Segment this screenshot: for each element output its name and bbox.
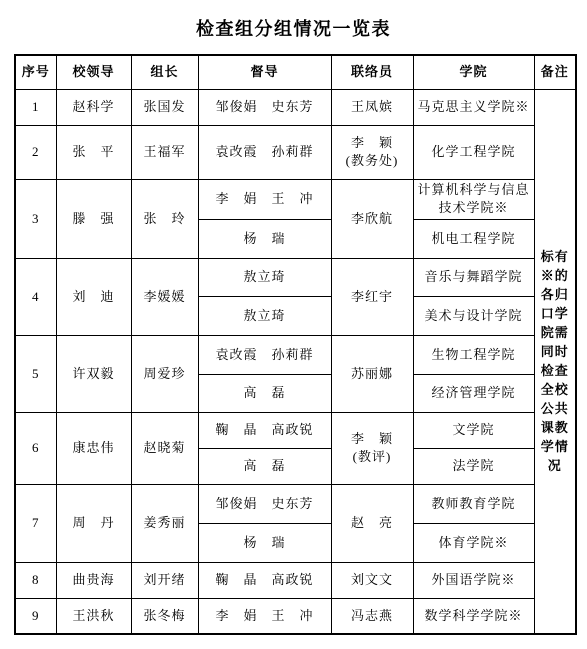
- cell-liaison: 李欣航: [331, 179, 413, 258]
- header-cell-supervisor: 督导: [198, 55, 331, 89]
- cell-group-leader: 刘开绪: [131, 562, 198, 598]
- cell-liaison: 李 颖 (教评): [331, 412, 413, 484]
- liaison-dept: (教务处): [334, 152, 411, 170]
- cell-group-leader: 李媛媛: [131, 258, 198, 335]
- table-row: 5 许双毅 周爱珍 袁改霞 孙莉群 苏丽娜 生物工程学院: [15, 335, 576, 374]
- cell-supervisor: 邹俊娟 史东芳: [198, 89, 331, 125]
- cell-no: 4: [15, 258, 56, 335]
- cell-supervisor: 鞠 晶 高政锐: [198, 562, 331, 598]
- cell-liaison: 赵 亮: [331, 484, 413, 562]
- cell-no: 3: [15, 179, 56, 258]
- cell-no: 9: [15, 598, 56, 634]
- cell-school-leader: 滕 强: [56, 179, 131, 258]
- cell-group-leader: 王福军: [131, 125, 198, 179]
- cell-supervisor: 鞠 晶 高政锐: [198, 412, 331, 448]
- header-cell-remark: 备注: [534, 55, 576, 89]
- cell-college: 计算机科学与信息技术学院※: [413, 179, 534, 219]
- cell-college: 美术与设计学院: [413, 296, 534, 335]
- cell-college: 音乐与舞蹈学院: [413, 258, 534, 296]
- cell-supervisor: 敖立琦: [198, 296, 331, 335]
- cell-supervisor: 杨 瑞: [198, 523, 331, 562]
- cell-college: 教师教育学院: [413, 484, 534, 523]
- cell-group-leader: 赵晓菊: [131, 412, 198, 484]
- cell-college: 马克思主义学院※: [413, 89, 534, 125]
- cell-supervisor: 袁改霞 孙莉群: [198, 335, 331, 374]
- cell-college: 外国语学院※: [413, 562, 534, 598]
- liaison-name: 李 颖: [334, 430, 411, 448]
- cell-group-leader: 张 玲: [131, 179, 198, 258]
- cell-school-leader: 刘 迪: [56, 258, 131, 335]
- table-row: 3 滕 强 张 玲 李 娟 王 冲 李欣航 计算机科学与信息技术学院※: [15, 179, 576, 219]
- cell-college: 文学院: [413, 412, 534, 448]
- cell-supervisor: 李 娟 王 冲: [198, 598, 331, 634]
- header-cell-college: 学院: [413, 55, 534, 89]
- remark-cell: 标有※的各归口学院需同时检查全校公共课教学情况: [534, 89, 576, 634]
- cell-liaison: 苏丽娜: [331, 335, 413, 412]
- cell-no: 6: [15, 412, 56, 484]
- cell-college: 数学科学学院※: [413, 598, 534, 634]
- cell-school-leader: 赵科学: [56, 89, 131, 125]
- cell-liaison: 刘文文: [331, 562, 413, 598]
- header-cell-no: 序号: [15, 55, 56, 89]
- table-header-row: 序号 校领导 组长 督导 联络员 学院 备注: [15, 55, 576, 89]
- cell-school-leader: 周 丹: [56, 484, 131, 562]
- cell-group-leader: 姜秀丽: [131, 484, 198, 562]
- cell-supervisor: 邹俊娟 史东芳: [198, 484, 331, 523]
- cell-college: 化学工程学院: [413, 125, 534, 179]
- cell-supervisor: 李 娟 王 冲: [198, 179, 331, 219]
- cell-group-leader: 张冬梅: [131, 598, 198, 634]
- document-page: 检查组分组情况一览表 序号 校领导 组长 督导 联络员 学院 备注 1 赵科学 …: [0, 0, 587, 649]
- cell-supervisor: 高 磊: [198, 448, 331, 484]
- cell-no: 8: [15, 562, 56, 598]
- cell-college: 经济管理学院: [413, 374, 534, 412]
- cell-school-leader: 张 平: [56, 125, 131, 179]
- table-row: 1 赵科学 张国发 邹俊娟 史东芳 王凤嫔 马克思主义学院※ 标有※的各归口学院…: [15, 89, 576, 125]
- cell-group-leader: 周爱珍: [131, 335, 198, 412]
- table-row: 4 刘 迪 李媛媛 敖立琦 李红宇 音乐与舞蹈学院: [15, 258, 576, 296]
- cell-college: 机电工程学院: [413, 219, 534, 258]
- table-row: 7 周 丹 姜秀丽 邹俊娟 史东芳 赵 亮 教师教育学院: [15, 484, 576, 523]
- table-row: 2 张 平 王福军 袁改霞 孙莉群 李 颖 (教务处) 化学工程学院: [15, 125, 576, 179]
- cell-college: 法学院: [413, 448, 534, 484]
- cell-school-leader: 曲贵海: [56, 562, 131, 598]
- cell-no: 7: [15, 484, 56, 562]
- cell-supervisor: 高 磊: [198, 374, 331, 412]
- header-cell-liaison: 联络员: [331, 55, 413, 89]
- cell-supervisor: 敖立琦: [198, 258, 331, 296]
- cell-no: 5: [15, 335, 56, 412]
- cell-liaison: 李红宇: [331, 258, 413, 335]
- header-cell-school-leader: 校领导: [56, 55, 131, 89]
- table-row: 9 王洪秋 张冬梅 李 娟 王 冲 冯志燕 数学科学学院※: [15, 598, 576, 634]
- page-title: 检查组分组情况一览表: [0, 0, 587, 54]
- cell-no: 2: [15, 125, 56, 179]
- table-row: 8 曲贵海 刘开绪 鞠 晶 高政锐 刘文文 外国语学院※: [15, 562, 576, 598]
- table-row: 6 康忠伟 赵晓菊 鞠 晶 高政锐 李 颖 (教评) 文学院: [15, 412, 576, 448]
- cell-liaison: 冯志燕: [331, 598, 413, 634]
- cell-college: 生物工程学院: [413, 335, 534, 374]
- liaison-name: 李 颖: [334, 134, 411, 152]
- cell-liaison: 李 颖 (教务处): [331, 125, 413, 179]
- cell-school-leader: 康忠伟: [56, 412, 131, 484]
- cell-college: 体育学院※: [413, 523, 534, 562]
- cell-group-leader: 张国发: [131, 89, 198, 125]
- cell-liaison: 王凤嫔: [331, 89, 413, 125]
- cell-school-leader: 王洪秋: [56, 598, 131, 634]
- cell-no: 1: [15, 89, 56, 125]
- cell-school-leader: 许双毅: [56, 335, 131, 412]
- group-assignment-table: 序号 校领导 组长 督导 联络员 学院 备注 1 赵科学 张国发 邹俊娟 史东芳…: [14, 54, 577, 635]
- cell-supervisor: 杨 瑞: [198, 219, 331, 258]
- remark-text: 标有※的各归口学院需同时检查全校公共课教学情况: [540, 247, 570, 475]
- liaison-dept: (教评): [334, 448, 411, 466]
- cell-supervisor: 袁改霞 孙莉群: [198, 125, 331, 179]
- header-cell-group-leader: 组长: [131, 55, 198, 89]
